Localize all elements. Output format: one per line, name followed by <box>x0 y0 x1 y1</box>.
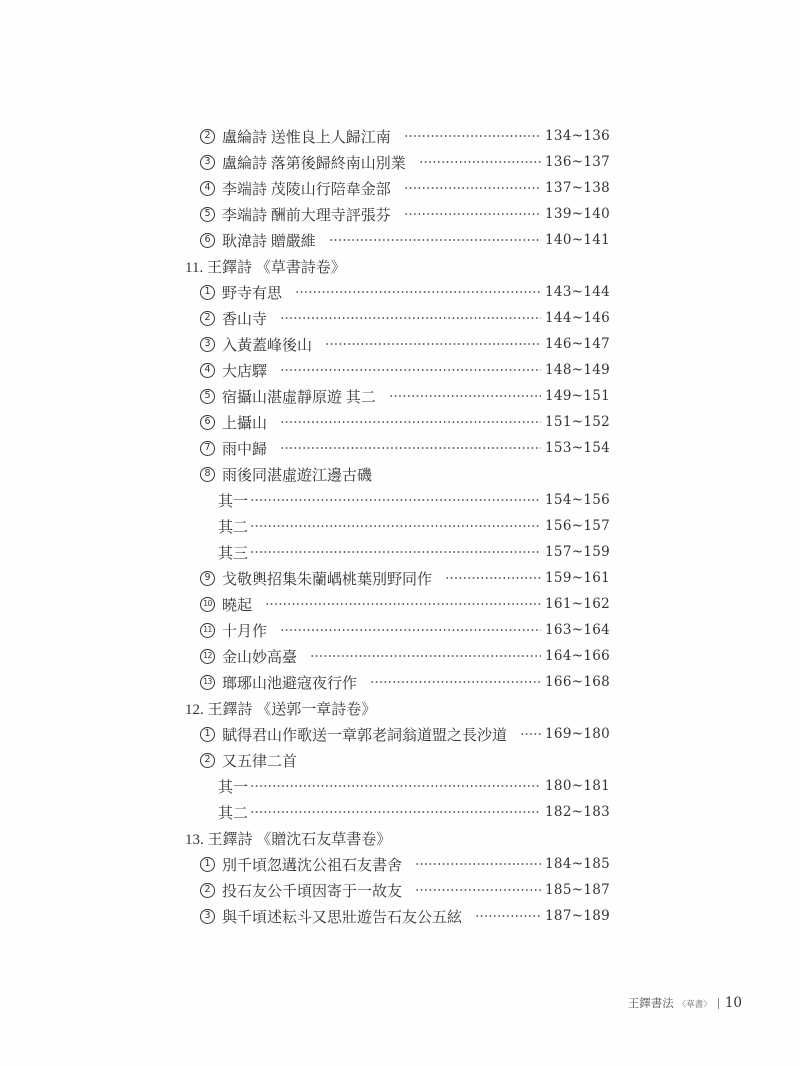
circled-item-number: 9 <box>200 571 215 586</box>
item-title: 其三 <box>218 542 248 563</box>
toc-entry: 1賦得君山作歌送一章郭老詞翁道盟之長沙道169~180 <box>0 721 800 747</box>
toc-section-heading: 13. 王鐸詩 《贈沈石友草書卷》 <box>0 825 800 851</box>
page-range: 143~144 <box>545 284 610 300</box>
item-title: 金山妙高臺 <box>222 646 297 667</box>
dotted-leader <box>250 487 541 513</box>
dotted-leader <box>404 175 541 201</box>
page-range: 154~156 <box>545 492 610 508</box>
page-range: 148~149 <box>545 362 610 378</box>
page-range: 136~137 <box>545 154 610 170</box>
circled-item-number: 2 <box>200 129 215 144</box>
item-title: 盧綸詩 送惟良上人歸江南 <box>222 126 391 147</box>
section-label: 12. 王鐸詩 《送郭一章詩卷》 <box>185 698 376 719</box>
dotted-leader <box>280 409 541 435</box>
item-title: 其一 <box>218 776 248 797</box>
circled-item-number: 8 <box>200 467 215 482</box>
circled-item-number: 2 <box>200 311 215 326</box>
page-range: 140~141 <box>545 232 610 248</box>
circled-item-number: 3 <box>200 155 215 170</box>
toc-subentry: 其一180~181 <box>0 773 800 799</box>
toc-subentry: 其二156~157 <box>0 513 800 539</box>
circled-item-number: 12 <box>200 649 215 664</box>
circled-item-number: 2 <box>200 753 215 768</box>
item-title: 其二 <box>218 516 248 537</box>
dotted-leader <box>415 851 541 877</box>
toc-entry: 2又五律二首 <box>0 747 800 773</box>
page-range: 149~151 <box>545 388 610 404</box>
toc-subentry: 其二182~183 <box>0 799 800 825</box>
dotted-leader <box>389 383 541 409</box>
item-title: 其一 <box>218 490 248 511</box>
item-title: 耿湋詩 贈嚴維 <box>222 230 316 251</box>
circled-item-number: 13 <box>200 675 215 690</box>
toc-entry: 4李端詩 茂陵山行陪韋金部137~138 <box>0 175 800 201</box>
dotted-leader <box>250 539 541 565</box>
circled-item-number: 4 <box>200 181 215 196</box>
toc-entry: 5李端詩 酬前大理寺評張芬139~140 <box>0 201 800 227</box>
dotted-leader <box>419 149 541 175</box>
circled-item-number: 3 <box>200 337 215 352</box>
item-title: 曉起 <box>222 594 252 615</box>
dotted-leader <box>310 643 541 669</box>
dotted-leader <box>415 877 541 903</box>
item-title: 與千頃述耘斗又思壯遊告石友公五絃 <box>222 906 462 927</box>
item-title: 賦得君山作歌送一章郭老詞翁道盟之長沙道 <box>222 724 507 745</box>
toc-page: 2盧綸詩 送惟良上人歸江南134~1363盧綸詩 落第後歸終南山別業136~13… <box>0 0 800 1066</box>
dotted-leader <box>520 721 541 747</box>
dotted-leader <box>280 617 541 643</box>
toc-entry: 2投石友公千頃因寄于一故友185~187 <box>0 877 800 903</box>
item-title: 李端詩 酬前大理寺評張芬 <box>222 204 391 225</box>
toc-entry: 7雨中歸153~154 <box>0 435 800 461</box>
toc-entry: 10曉起161~162 <box>0 591 800 617</box>
circled-item-number: 7 <box>200 441 215 456</box>
toc-entry: 3盧綸詩 落第後歸終南山別業136~137 <box>0 149 800 175</box>
toc-entry: 6耿湋詩 贈嚴維140~141 <box>0 227 800 253</box>
item-title: 野寺有思 <box>222 282 282 303</box>
circled-item-number: 5 <box>200 389 215 404</box>
page-range: 157~159 <box>545 544 610 560</box>
dotted-leader <box>325 331 541 357</box>
section-label: 13. 王鐸詩 《贈沈石友草書卷》 <box>185 828 391 849</box>
page-range: 161~162 <box>545 596 610 612</box>
toc-subentry: 其一154~156 <box>0 487 800 513</box>
dotted-leader <box>280 305 541 331</box>
page-range: 185~187 <box>545 882 610 898</box>
toc-entry: 12金山妙高臺164~166 <box>0 643 800 669</box>
dotted-leader <box>250 773 541 799</box>
toc-entry: 8雨後同湛虛遊江邊古磯 <box>0 461 800 487</box>
footer-divider-line <box>718 998 719 1009</box>
toc-entry: 4大店驛148~149 <box>0 357 800 383</box>
page-range: 151~152 <box>545 414 610 430</box>
toc-section-heading: 12. 王鐸詩 《送郭一章詩卷》 <box>0 695 800 721</box>
page-range: 153~154 <box>545 440 610 456</box>
page-range: 146~147 <box>545 336 610 352</box>
item-title: 入黃蓋峰後山 <box>222 334 312 355</box>
circled-item-number: 2 <box>200 883 215 898</box>
item-title: 又五律二首 <box>222 750 297 771</box>
toc-entry: 2盧綸詩 送惟良上人歸江南134~136 <box>0 123 800 149</box>
item-title: 投石友公千頃因寄于一故友 <box>222 880 402 901</box>
circled-item-number: 3 <box>200 909 215 924</box>
dotted-leader <box>280 357 541 383</box>
item-title: 香山寺 <box>222 308 267 329</box>
circled-item-number: 10 <box>200 597 215 612</box>
toc-entry: 9戈敬輿招集朱蘭嵎桃葉別野同作159~161 <box>0 565 800 591</box>
page-range: 182~183 <box>545 804 610 820</box>
toc-entry: 1野寺有思143~144 <box>0 279 800 305</box>
toc-entry: 2香山寺144~146 <box>0 305 800 331</box>
toc-entry: 3與千頃述耘斗又思壯遊告石友公五絃187~189 <box>0 903 800 929</box>
page-range: 184~185 <box>545 856 610 872</box>
toc-subentry: 其三157~159 <box>0 539 800 565</box>
item-title: 李端詩 茂陵山行陪韋金部 <box>222 178 391 199</box>
page-range: 137~138 <box>545 180 610 196</box>
circled-item-number: 1 <box>200 857 215 872</box>
dotted-leader <box>250 513 541 539</box>
page-range: 163~164 <box>545 622 610 638</box>
item-title: 上攝山 <box>222 412 267 433</box>
page-range: 164~166 <box>545 648 610 664</box>
toc-section-heading: 11. 王鐸詩 《草書詩卷》 <box>0 253 800 279</box>
toc-entry: 1別千頃忽遘沈公祖石友書舍184~185 <box>0 851 800 877</box>
item-title: 十月作 <box>222 620 267 641</box>
circled-item-number: 11 <box>200 623 215 638</box>
circled-item-number: 6 <box>200 415 215 430</box>
item-title: 別千頃忽遘沈公祖石友書舍 <box>222 854 402 875</box>
circled-item-number: 4 <box>200 363 215 378</box>
dotted-leader <box>329 227 541 253</box>
page-range: 134~136 <box>545 128 610 144</box>
page-range: 156~157 <box>545 518 610 534</box>
circled-item-number: 1 <box>200 285 215 300</box>
dotted-leader <box>265 591 541 617</box>
circled-item-number: 5 <box>200 207 215 222</box>
page-range: 180~181 <box>545 778 610 794</box>
page-range: 139~140 <box>545 206 610 222</box>
dotted-leader <box>370 669 541 695</box>
dotted-leader <box>475 903 541 929</box>
toc-entry: 13瑯琊山池避寇夜行作166~168 <box>0 669 800 695</box>
dotted-leader <box>445 565 541 591</box>
footer-page-number: 10 <box>725 995 742 1011</box>
circled-item-number: 1 <box>200 727 215 742</box>
dotted-leader <box>295 279 541 305</box>
item-title: 雨後同湛虛遊江邊古磯 <box>222 464 372 485</box>
section-label: 11. 王鐸詩 《草書詩卷》 <box>185 256 346 277</box>
item-title: 盧綸詩 落第後歸終南山別業 <box>222 152 406 173</box>
page-footer: 王鐸書法 〈草書〉 10 <box>628 995 742 1011</box>
dotted-leader <box>250 799 541 825</box>
toc-entry: 11十月作163~164 <box>0 617 800 643</box>
circled-item-number: 6 <box>200 233 215 248</box>
toc-entry: 5宿攝山湛虛靜原遊 其二149~151 <box>0 383 800 409</box>
page-range: 144~146 <box>545 310 610 326</box>
dotted-leader <box>404 123 541 149</box>
toc-entry: 6上攝山151~152 <box>0 409 800 435</box>
item-title: 宿攝山湛虛靜原遊 其二 <box>222 386 376 407</box>
item-title: 雨中歸 <box>222 438 267 459</box>
page-range: 159~161 <box>545 570 610 586</box>
item-title: 瑯琊山池避寇夜行作 <box>222 672 357 693</box>
item-title: 大店驛 <box>222 360 267 381</box>
page-range: 169~180 <box>545 726 610 742</box>
dotted-leader <box>280 435 541 461</box>
page-range: 166~168 <box>545 674 610 690</box>
toc-entry: 3入黃蓋峰後山146~147 <box>0 331 800 357</box>
footer-volume: 〈草書〉 <box>678 997 712 1010</box>
page-range: 187~189 <box>545 908 610 924</box>
toc-list: 2盧綸詩 送惟良上人歸江南134~1363盧綸詩 落第後歸終南山別業136~13… <box>0 123 800 929</box>
item-title: 戈敬輿招集朱蘭嵎桃葉別野同作 <box>222 568 432 589</box>
footer-book-title: 王鐸書法 <box>628 995 674 1011</box>
dotted-leader <box>404 201 541 227</box>
item-title: 其二 <box>218 802 248 823</box>
